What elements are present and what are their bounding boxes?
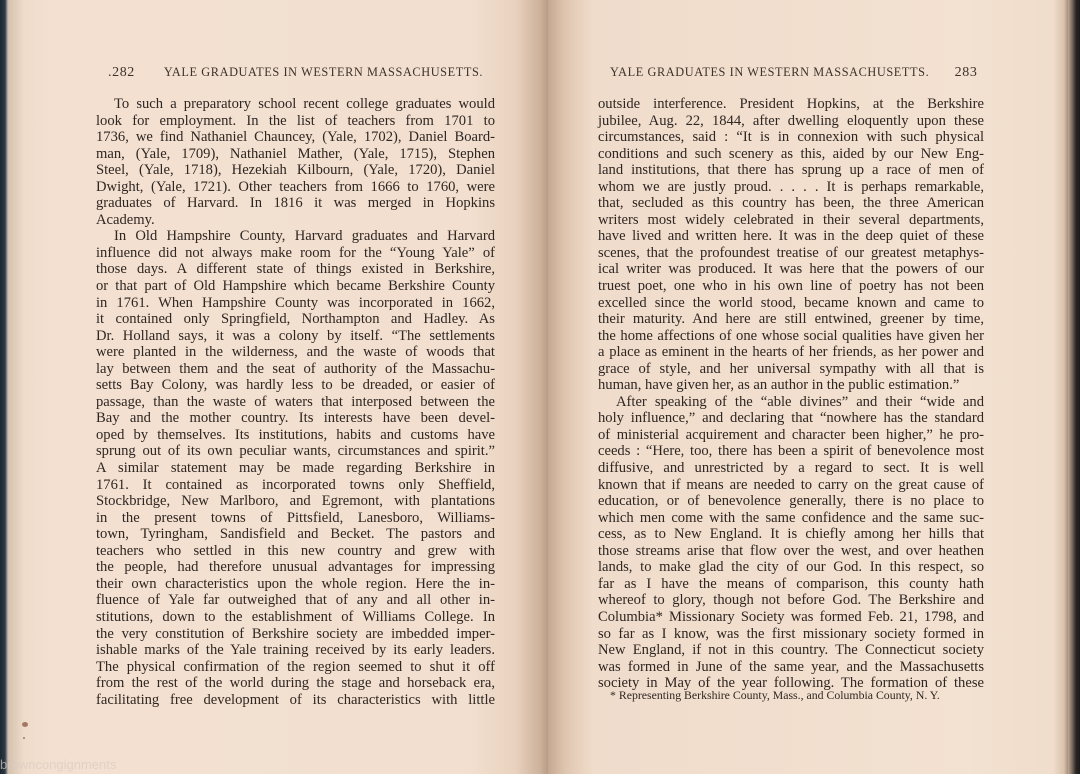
text-line: scenes, that the profoundest treatise of… (598, 245, 984, 262)
left-page-header: .282 YALE GRADUATES IN WESTERN MASSACHUS… (108, 65, 483, 81)
text-line: excelled since the world stood, became k… (598, 295, 984, 312)
text-line: human, have given her, as an author in t… (598, 377, 984, 394)
text-line: truest poet, one who in his own line of … (598, 278, 984, 295)
text-line: ical writer was produced. It was here th… (598, 261, 984, 278)
text-line: circumstances, said : “It is in connexio… (598, 129, 984, 146)
text-line: or that part of Old Hampshire which beca… (96, 278, 495, 295)
text-line: setts Bay Colony, was hardly less to be … (96, 377, 495, 394)
text-line: man, (Yale, 1709), Nathaniel Mather, (Ya… (96, 146, 495, 163)
text-line: To such a preparatory school recent coll… (96, 96, 495, 113)
text-line: outside interference. President Hopkins,… (598, 96, 984, 113)
text-line: look for employment. In the list of teac… (96, 113, 495, 130)
text-line: of ministerial acquirement and character… (598, 427, 984, 444)
text-line: Steel, (Yale, 1718), Hezekiah Kilbourn, … (96, 162, 495, 179)
text-line: Stockbridge, New Marlboro, and Egremont,… (96, 493, 495, 510)
text-line: were planted in the wilderness, and the … (96, 344, 495, 361)
text-line: those days. A different state of things … (96, 261, 495, 278)
ink-stain (22, 722, 28, 727)
text-line: stitutions, down to the establishment of… (96, 609, 495, 626)
text-line: New England, if not in this country. The… (598, 642, 984, 659)
text-line: Dwight, (Yale, 1721). Other teachers fro… (96, 179, 495, 196)
text-line: education, or of benevolence generally, … (598, 493, 984, 510)
text-line: Bay and the mother country. Its interest… (96, 410, 495, 427)
text-line: in the present towns of Pittsfield, Lane… (96, 510, 495, 527)
text-line: whereof to glory, though not before God.… (598, 592, 984, 609)
text-line: passage, than the waste of waters that i… (96, 394, 495, 411)
text-line: facilitating free development of its cha… (96, 692, 495, 709)
text-line: ishable marks of the Yale training recei… (96, 642, 495, 659)
text-line: Academy. (96, 212, 495, 229)
text-line: in 1761. When Hampshire County was incor… (96, 295, 495, 312)
text-line: town, Tyringham, Sandisfield and Becket.… (96, 526, 495, 543)
text-line: teachers who settled in this new country… (96, 543, 495, 560)
book-edge-right (1068, 0, 1080, 774)
text-line: grace of style, and her universal sympat… (598, 361, 984, 378)
text-line: the people, had therefore unusual advant… (96, 559, 495, 576)
text-line: lands, to make glad the city of our God.… (598, 559, 984, 576)
watermark: browncongignments (0, 757, 116, 772)
text-line: holy influence,” and declaring that “now… (598, 410, 984, 427)
text-line: influence did not always make room for t… (96, 245, 495, 262)
text-line: diffusive, and unrestricted by a regard … (598, 460, 984, 477)
text-line: whom we are justly proud. . . . . It is … (598, 179, 984, 196)
text-line: the home affections of one whose social … (598, 328, 984, 345)
footnote: * Representing Berkshire County, Mass., … (610, 688, 940, 703)
text-line: those streams arise that flow over the w… (598, 543, 984, 560)
text-line: a place as eminent in the hearts of her … (598, 344, 984, 361)
page-number-283: 283 (955, 65, 978, 80)
right-page: YALE GRADUATES IN WESTERN MASSACHUSETTS.… (548, 0, 1070, 774)
text-line: Dr. Holland says, it was a colony by its… (96, 328, 495, 345)
text-line: it contained only Springfield, Northampt… (96, 311, 495, 328)
text-line: fluence of Yale far outweighed that of a… (96, 592, 495, 609)
text-line: jubilee, Aug. 22, 1844, after dwelling e… (598, 113, 984, 130)
left-page: .282 YALE GRADUATES IN WESTERN MASSACHUS… (10, 0, 548, 774)
left-page-body: To such a preparatory school recent coll… (96, 96, 495, 708)
text-line: known that if means are needed to carry … (598, 477, 984, 494)
text-line: ceeds : “Here, too, there has been a spi… (598, 443, 984, 460)
text-line: that, secluded as this country has been,… (598, 195, 984, 212)
text-line: so far as I know, was the first missiona… (598, 626, 984, 643)
text-line: land institutions, that there has sprung… (598, 162, 984, 179)
running-head-title: YALE GRADUATES IN WESTERN MASSACHUSETTS. (610, 65, 929, 79)
text-line: from the rest of the world during the st… (96, 675, 495, 692)
text-line: The physical confirmation of the region … (96, 659, 495, 676)
text-line: In Old Hampshire County, Harvard graduat… (96, 228, 495, 245)
text-line: their maturity. And here are still entwi… (598, 311, 984, 328)
text-line: their own characteristics upon the whole… (96, 576, 495, 593)
text-line: sprung out of its own peculiar wants, ci… (96, 443, 495, 460)
running-head-title: YALE GRADUATES IN WESTERN MASSACHUSETTS. (164, 65, 483, 79)
text-line: was formed in June of the same year, and… (598, 659, 984, 676)
text-line: graduates of Harvard. In 1816 it was mer… (96, 195, 495, 212)
text-line: oped by themselves. Its institutions, ha… (96, 427, 495, 444)
text-line: 1736, we find Nathaniel Chauncey, (Yale,… (96, 129, 495, 146)
text-line: Columbia* Missionary Society was formed … (598, 609, 984, 626)
page-number-282: .282 (108, 65, 135, 80)
right-page-header: YALE GRADUATES IN WESTERN MASSACHUSETTS.… (610, 65, 977, 81)
text-line: 1761. It contained as incorporated towns… (96, 477, 495, 494)
text-line: the very constitution of Berkshire socie… (96, 626, 495, 643)
book-spread: .282 YALE GRADUATES IN WESTERN MASSACHUS… (0, 0, 1080, 774)
text-line: After speaking of the “able divines” and… (598, 394, 984, 411)
text-line: far as I have the means of comparison, t… (598, 576, 984, 593)
text-line: which men come with the same confidence … (598, 510, 984, 527)
ink-speck (23, 737, 25, 739)
text-line: A similar statement may be made regardin… (96, 460, 495, 477)
text-line: cess, as to New England. It is chiefly a… (598, 526, 984, 543)
text-line: have lived and written here. It was in t… (598, 228, 984, 245)
text-line: lay between them and the seat of authori… (96, 361, 495, 378)
text-line: conditions and such scenery as this, aid… (598, 146, 984, 163)
text-line: writers most widely celebrated in their … (598, 212, 984, 229)
right-page-body: outside interference. President Hopkins,… (598, 96, 984, 692)
